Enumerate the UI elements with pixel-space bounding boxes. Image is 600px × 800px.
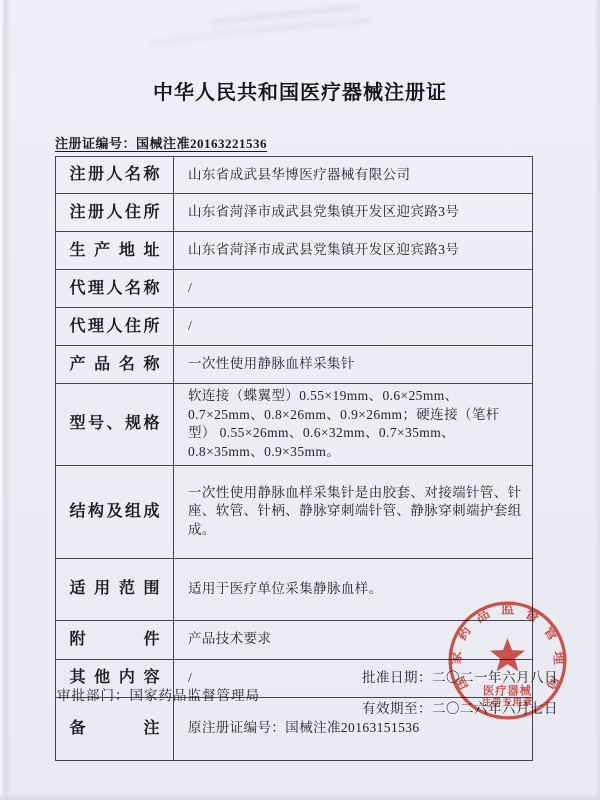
row-label: 代理人名称 bbox=[70, 280, 160, 298]
svg-text:管: 管 bbox=[541, 623, 562, 643]
row-label: 注册人住所 bbox=[70, 204, 160, 222]
valid-until-date: 有效期至：二〇二六年六月七日 bbox=[362, 697, 562, 717]
row-value-cell: 山东省成武县华博医疗器械有限公司 bbox=[174, 157, 533, 194]
scan-edge-shadow-left bbox=[0, 0, 10, 800]
row-label: 代理人住所 bbox=[70, 318, 160, 336]
row-value: 一次性使用静脉血样采集针是由胶套、对接端针管、针座、软管、针柄、静脉穿刺端针管、… bbox=[188, 484, 524, 540]
date-block: 批准日期：二〇二一年六月八日 有效期至：二〇二六年六月七日 bbox=[362, 666, 562, 728]
row-label: 注册人名称 bbox=[70, 166, 160, 184]
table-row-product-name: 产品名称 一次性使用静脉血样采集针 bbox=[56, 346, 533, 384]
row-value-cell: 一次性使用静脉血样采集针 bbox=[174, 346, 533, 384]
row-value-cell: 软连接（蝶翼型）0.55×19mm、0.6×25mm、0.7×25mm、0.8×… bbox=[174, 384, 533, 466]
row-value: 产品技术要求 bbox=[188, 630, 271, 649]
row-value-cell: / bbox=[174, 308, 533, 346]
row-value-cell: 山东省菏泽市成武县党集镇开发区迎宾路3号 bbox=[174, 232, 533, 270]
row-label-cell: 结构及组成 bbox=[56, 465, 174, 558]
table-row-production-address: 生产地址 山东省菏泽市成武县党集镇开发区迎宾路3号 bbox=[56, 232, 533, 270]
table-row-registrant-name: 注册人名称 山东省成武县华博医疗器械有限公司 bbox=[56, 157, 533, 194]
row-label-cell: 型号、规格 bbox=[56, 384, 174, 466]
page-title: 中华人民共和国医疗器械注册证 bbox=[0, 76, 600, 105]
scan-edge-shadow-bottom bbox=[0, 794, 600, 800]
table-row-model-spec: 型号、规格 软连接（蝶翼型）0.55×19mm、0.6×25mm、0.7×25m… bbox=[56, 384, 533, 466]
row-value: / bbox=[188, 317, 192, 336]
row-label: 结构及组成 bbox=[70, 503, 160, 521]
table-row-attachment: 附件 产品技术要求 bbox=[56, 620, 533, 659]
scan-edge-shadow-right bbox=[594, 0, 600, 800]
certificate-number-line: 注册证编号：国械注准20163221536 bbox=[55, 133, 267, 152]
certificate-scan-page: { "page": { "title": "中华人民共和国医疗器械注册证", "… bbox=[0, 0, 600, 800]
row-label: 适用范围 bbox=[70, 580, 160, 598]
row-value: 山东省菏泽市成武县党集镇开发区迎宾路3号 bbox=[188, 203, 459, 222]
row-label-cell: 产品名称 bbox=[56, 346, 174, 384]
row-label-cell: 生产地址 bbox=[56, 232, 174, 270]
scan-bleed-artifact bbox=[150, 6, 380, 44]
approval-date: 批准日期：二〇二一年六月八日 bbox=[362, 666, 562, 686]
approval-department: 审批部门：国家药品监督管理局 bbox=[57, 684, 260, 704]
row-value: 软连接（蝶翼型）0.55×19mm、0.6×25mm、0.7×25mm、0.8×… bbox=[188, 387, 524, 462]
svg-text:理: 理 bbox=[551, 651, 567, 666]
row-value: 山东省菏泽市成武县党集镇开发区迎宾路3号 bbox=[188, 241, 459, 260]
row-value: / bbox=[188, 279, 192, 298]
row-label-cell: 附件 bbox=[56, 620, 174, 659]
row-label: 备注 bbox=[70, 720, 160, 738]
row-label: 产品名称 bbox=[70, 356, 160, 374]
row-value-cell: 一次性使用静脉血样采集针是由胶套、对接端针管、针座、软管、针柄、静脉穿刺端针管、… bbox=[174, 465, 533, 558]
row-value-cell: / bbox=[174, 270, 533, 308]
row-label-cell: 注册人名称 bbox=[56, 157, 174, 194]
table-row-structure: 结构及组成 一次性使用静脉血样采集针是由胶套、对接端针管、针座、软管、针柄、静脉… bbox=[56, 465, 533, 558]
table-row-agent-address: 代理人住所 / bbox=[56, 308, 533, 346]
table-row-registrant-address: 注册人住所 山东省菏泽市成武县党集镇开发区迎宾路3号 bbox=[56, 194, 533, 232]
row-label-cell: 注册人住所 bbox=[56, 194, 174, 232]
row-value: 适用于医疗单位采集静脉血样。 bbox=[188, 580, 383, 599]
row-value: 山东省成武县华博医疗器械有限公司 bbox=[188, 166, 410, 185]
table-row-scope: 适用范围 适用于医疗单位采集静脉血样。 bbox=[56, 558, 533, 620]
row-label-cell: 代理人住所 bbox=[56, 308, 174, 346]
row-label-cell: 代理人名称 bbox=[56, 270, 174, 308]
row-label: 附件 bbox=[70, 631, 160, 649]
row-label-cell: 备注 bbox=[56, 697, 174, 760]
row-value-cell: 山东省菏泽市成武县党集镇开发区迎宾路3号 bbox=[174, 194, 533, 232]
row-value-cell: 产品技术要求 bbox=[174, 620, 533, 659]
row-label: 型号、规格 bbox=[70, 415, 160, 433]
row-label: 生产地址 bbox=[70, 242, 160, 260]
row-value: 一次性使用静脉血样采集针 bbox=[188, 355, 355, 374]
row-label-cell: 适用范围 bbox=[56, 558, 174, 620]
row-value-cell: 适用于医疗单位采集静脉血样。 bbox=[174, 558, 533, 620]
table-row-agent-name: 代理人名称 / bbox=[56, 270, 533, 308]
